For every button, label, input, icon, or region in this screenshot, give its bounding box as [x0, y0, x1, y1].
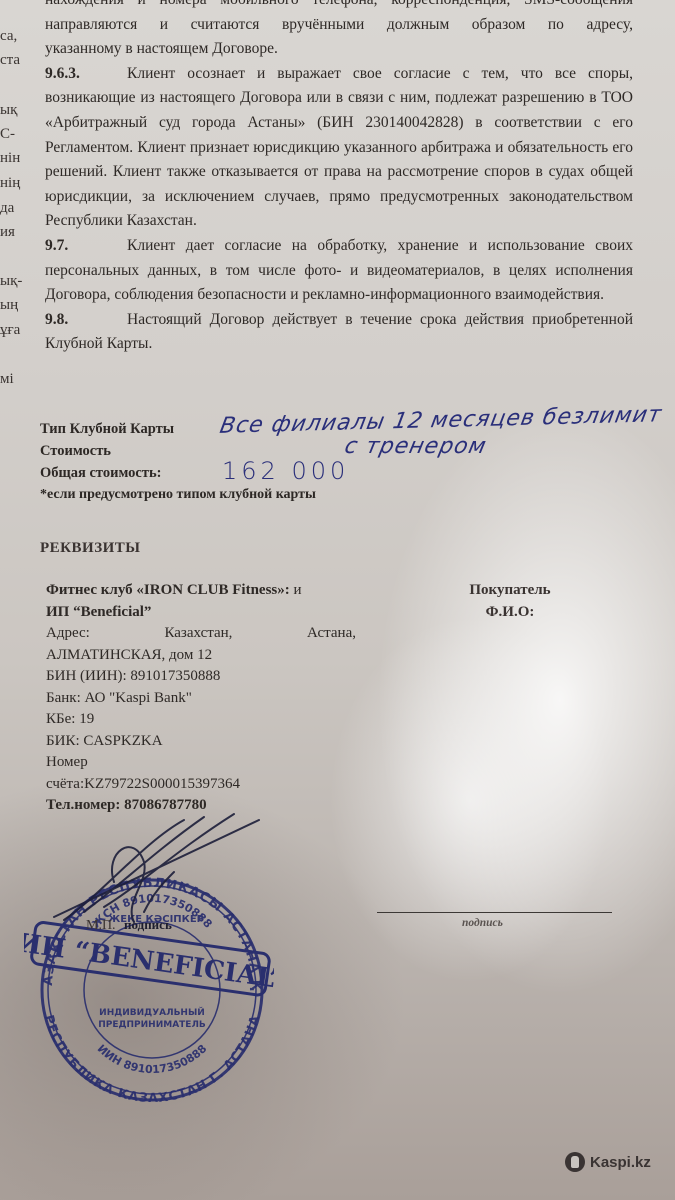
- seller-address: Адрес: Казахстан, Астана,: [46, 623, 356, 645]
- address-country: Казахстан,: [164, 623, 232, 645]
- buyer-title: Покупатель: [440, 580, 580, 602]
- kaspi-watermark: Kaspi.kz: [565, 1152, 651, 1172]
- address-city: Астана,: [307, 623, 356, 645]
- clause-9-6-3: 9.6.3.Клиент осознает и выражает свое со…: [45, 62, 633, 234]
- svg-text:ПРЕДПРИНИМАТЕЛЬ: ПРЕДПРИНИМАТЕЛЬ: [98, 1020, 206, 1030]
- margin-fragment: ста: [0, 52, 20, 69]
- svg-text:М.П.: М.П.: [86, 918, 116, 933]
- buyer-name-label: Ф.И.О:: [440, 602, 580, 624]
- clause-continuation: нахождения и номера мобильного телефона,…: [45, 0, 633, 13]
- seller-bik: БИК: CASPKZKA: [46, 731, 356, 753]
- svg-text:ИИН 891017350888: ИИН 891017350888: [95, 1042, 210, 1076]
- seller-name: Фитнес клуб «IRON CLUB Fitness»:: [46, 582, 290, 598]
- kaspi-logo-icon: [565, 1152, 585, 1172]
- clause-9-8: 9.8.Настоящий Договор действует в течени…: [45, 308, 633, 357]
- clause-text: Настоящий Договор действует в течение ср…: [45, 311, 633, 353]
- margin-fragment: са,: [0, 28, 17, 45]
- clause-text: Клиент дает согласие на обработку, хране…: [45, 237, 633, 303]
- clause-number: 9.7.: [45, 234, 127, 259]
- margin-fragment: нін: [0, 150, 20, 167]
- watermark-text: Kaspi.kz: [590, 1154, 651, 1171]
- address-street: АЛМАТИНСКАЯ, дом 12: [46, 645, 356, 667]
- margin-fragment: С-: [0, 126, 15, 143]
- handwritten-total-cost: 162 000: [222, 457, 349, 485]
- clause-continuation: указанному в настоящем Договоре.: [45, 37, 633, 62]
- margin-fragment: ұға: [0, 322, 20, 339]
- margin-fragment: да: [0, 200, 14, 217]
- margin-fragment: нің: [0, 175, 20, 192]
- account-label: Номер: [46, 752, 356, 774]
- clause-number: 9.8.: [45, 308, 127, 333]
- requisites-heading: РЕКВИЗИТЫ: [40, 540, 141, 557]
- svg-text:подпись: подпись: [124, 917, 172, 932]
- clause-text: Клиент осознает и выражает свое согласие…: [45, 65, 633, 230]
- svg-text:ИНДИВИДУАЛЬНЫЙ: ИНДИВИДУАЛЬНЫЙ: [99, 1006, 205, 1018]
- margin-fragment: ық-: [0, 273, 22, 290]
- seller-bin: БИН (ИИН): 891017350888: [46, 666, 356, 688]
- seller-account: счёта:KZ79722S000015397364: [46, 774, 356, 796]
- contract-page: са, ста ық С- нін нің да ия ық- ың ұға м…: [0, 0, 675, 1200]
- clause-number: 9.6.3.: [45, 62, 127, 87]
- card-footnote: *если предусмотрено типом клубной карты: [40, 484, 640, 506]
- margin-fragment: ық: [0, 102, 17, 119]
- seller-details: Фитнес клуб «IRON CLUB Fitness»: и ИП “B…: [46, 580, 356, 817]
- contract-clauses: нахождения и номера мобильного телефона,…: [45, 0, 633, 357]
- seller-kbe: КБе: 19: [46, 709, 356, 731]
- seller-name-suffix: и: [290, 582, 302, 598]
- margin-fragment: ия: [0, 224, 15, 241]
- seller-ip: ИП “Beneficial”: [46, 602, 356, 624]
- buyer-details: Покупатель Ф.И.О:: [440, 580, 580, 623]
- handwritten-card-type-line2: с тренером: [342, 434, 489, 459]
- seller-bank: Банк: АО "Kaspi Bank": [46, 688, 356, 710]
- clause-continuation: направляются и считаются вручёнными долж…: [45, 13, 633, 38]
- buyer-signature-line: [377, 912, 612, 913]
- company-seal-stamp: ҚАЗАҚСТАН РЕСПУБЛИКАСЫ АСТАНА Қ. ЖСН 891…: [24, 812, 274, 1102]
- address-label: Адрес:: [46, 623, 90, 645]
- margin-fragment: ың: [0, 297, 18, 314]
- buyer-signature-caption: подпись: [462, 917, 503, 929]
- clause-9-7: 9.7.Клиент дает согласие на обработку, х…: [45, 234, 633, 308]
- margin-fragment: мі: [0, 371, 14, 388]
